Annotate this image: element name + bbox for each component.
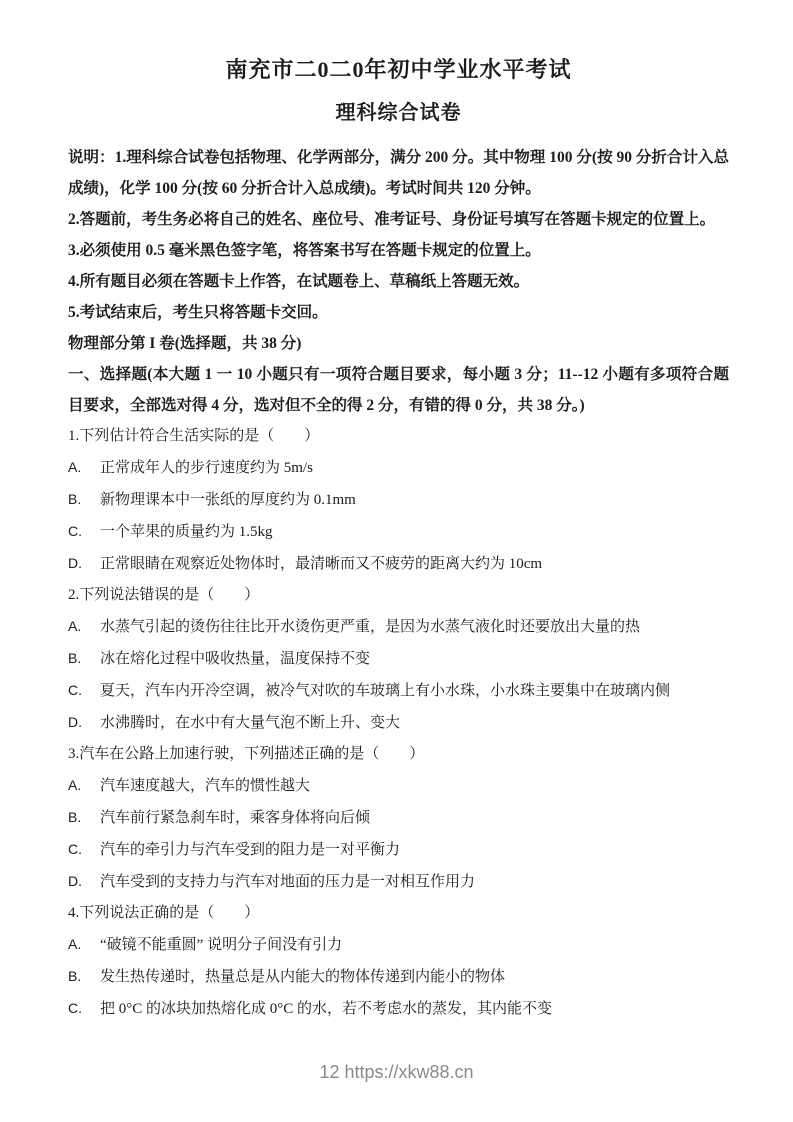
instruction-line: 说明：1.理科综合试卷包括物理、化学两部分，满分 200 分。其中物理 100 … [68,142,729,204]
question-block: 3.汽车在公路上加速行驶，下列描述正确的是（ ） A.汽车速度越大，汽车的惯性越… [68,739,729,898]
option-label: C. [68,516,100,547]
option-text: 汽车受到的支持力与汽车对地面的压力是一对相互作用力 [100,874,475,890]
question-stem: 3.汽车在公路上加速行驶，下列描述正确的是（ ） [68,739,729,770]
option-row: D.水沸腾时，在水中有大量气泡不断上升、变大 [68,707,729,739]
option-text: 新物理课本中一张纸的厚度约为 0.1mm [100,492,356,508]
option-label: C. [68,675,100,706]
option-label: B. [68,802,100,833]
option-row: A.“破镜不能重圆” 说明分子间没有引力 [68,929,729,961]
option-label: A. [68,611,100,642]
option-text: 冰在熔化过程中吸收热量，温度保持不变 [100,651,370,667]
option-text: 一个苹果的质量约为 1.5kg [100,524,273,540]
option-label: A. [68,452,100,483]
instruction-line: 4.所有题目必须在答题卡上作答，在试题卷上、草稿纸上答题无效。 [68,266,729,297]
option-text: 汽车前行紧急刹车时，乘客身体将向后倾 [100,810,370,826]
option-text: 正常成年人的步行速度约为 5m/s [100,460,313,476]
option-text: 水蒸气引起的烫伤往往比开水烫伤更严重，是因为水蒸气液化时还要放出大量的热 [100,619,640,635]
question-stem: 2.下列说法错误的是（ ） [68,580,729,611]
option-text: 正常眼睛在观察近处物体时，最清晰而又不疲劳的距离大约为 10cm [100,556,542,572]
question-stem: 1.下列估计符合生活实际的是（ ） [68,421,729,452]
question-options: A.汽车速度越大，汽车的惯性越大 B.汽车前行紧急刹车时，乘客身体将向后倾 C.… [68,770,729,898]
page-footer-text: 12 https://xkw88.cn [319,1062,473,1082]
option-label: A. [68,929,100,960]
option-row: A.汽车速度越大，汽车的惯性越大 [68,770,729,802]
page-subtitle: 理科综合试卷 [68,98,729,128]
option-row: B.发生热传递时，热量总是从内能大的物体传递到内能小的物体 [68,961,729,993]
option-label: D. [68,707,100,738]
option-text: 汽车速度越大，汽车的惯性越大 [100,778,310,794]
question-options: A.正常成年人的步行速度约为 5m/s B.新物理课本中一张纸的厚度约为 0.1… [68,452,729,580]
question-block: 2.下列说法错误的是（ ） A.水蒸气引起的烫伤往往比开水烫伤更严重，是因为水蒸… [68,580,729,739]
page-title: 南充市二0二0年初中学业水平考试 [68,54,729,86]
question-block: 4.下列说法正确的是（ ） A.“破镜不能重圆” 说明分子间没有引力 B.发生热… [68,898,729,1025]
instruction-line: 2.答题前，考生务必将自己的姓名、座位号、准考证号、身份证号填写在答题卡规定的位… [68,204,729,235]
option-text: 把 0°C 的冰块加热熔化成 0°C 的水，若不考虑水的蒸发，其内能不变 [100,1001,552,1017]
exam-instructions: 说明：1.理科综合试卷包括物理、化学两部分，满分 200 分。其中物理 100 … [68,142,729,328]
option-row: B.新物理课本中一张纸的厚度约为 0.1mm [68,484,729,516]
option-row: A.正常成年人的步行速度约为 5m/s [68,452,729,484]
option-row: C.一个苹果的质量约为 1.5kg [68,516,729,548]
instruction-line: 3.必须使用 0.5 毫米黑色签字笔，将答案书写在答题卡规定的位置上。 [68,235,729,266]
option-text: “破镜不能重圆” 说明分子间没有引力 [100,937,342,953]
section-heading: 物理部分第 I 卷(选择题，共 38 分) [68,328,729,359]
option-row: D.汽车受到的支持力与汽车对地面的压力是一对相互作用力 [68,866,729,898]
option-row: C.把 0°C 的冰块加热熔化成 0°C 的水，若不考虑水的蒸发，其内能不变 [68,993,729,1025]
question-stem: 4.下列说法正确的是（ ） [68,898,729,929]
option-label: A. [68,770,100,801]
option-text: 水沸腾时，在水中有大量气泡不断上升、变大 [100,715,400,731]
option-text: 发生热传递时，热量总是从内能大的物体传递到内能小的物体 [100,969,505,985]
questions: 1.下列估计符合生活实际的是（ ） A.正常成年人的步行速度约为 5m/s B.… [68,421,729,1025]
option-row: B.冰在熔化过程中吸收热量，温度保持不变 [68,643,729,675]
option-label: B. [68,484,100,515]
page-content: 南充市二0二0年初中学业水平考试 理科综合试卷 说明：1.理科综合试卷包括物理、… [0,0,793,1025]
exam-paper-page: 南充市二0二0年初中学业水平考试 理科综合试卷 说明：1.理科综合试卷包括物理、… [0,0,793,1122]
option-label: D. [68,866,100,897]
option-row: B.汽车前行紧急刹车时，乘客身体将向后倾 [68,802,729,834]
option-label: C. [68,834,100,865]
instruction-line: 5.考试结束后，考生只将答题卡交回。 [68,297,729,328]
question-options: A.“破镜不能重圆” 说明分子间没有引力 B.发生热传递时，热量总是从内能大的物… [68,929,729,1025]
option-row: C.夏天，汽车内开冷空调，被冷气对吹的车玻璃上有小水珠，小水珠主要集中在玻璃内侧 [68,675,729,707]
option-label: B. [68,643,100,674]
option-label: B. [68,961,100,992]
option-label: D. [68,548,100,579]
option-text: 汽车的牵引力与汽车受到的阻力是一对平衡力 [100,842,400,858]
option-label: C. [68,993,100,1024]
option-text: 夏天，汽车内开冷空调，被冷气对吹的车玻璃上有小水珠，小水珠主要集中在玻璃内侧 [100,683,670,699]
question-block: 1.下列估计符合生活实际的是（ ） A.正常成年人的步行速度约为 5m/s B.… [68,421,729,580]
option-row: A.水蒸气引起的烫伤往往比开水烫伤更严重，是因为水蒸气液化时还要放出大量的热 [68,611,729,643]
option-row: D.正常眼睛在观察近处物体时，最清晰而又不疲劳的距离大约为 10cm [68,548,729,580]
page-footer: 12 https://xkw88.cn [0,1062,793,1083]
section-intro: 一、选择题(本大题 1 一 10 小题只有一项符合题目要求，每小题 3 分；11… [68,359,729,421]
option-row: C.汽车的牵引力与汽车受到的阻力是一对平衡力 [68,834,729,866]
question-options: A.水蒸气引起的烫伤往往比开水烫伤更严重，是因为水蒸气液化时还要放出大量的热 B… [68,611,729,739]
document-body: 说明：1.理科综合试卷包括物理、化学两部分，满分 200 分。其中物理 100 … [68,142,729,1025]
